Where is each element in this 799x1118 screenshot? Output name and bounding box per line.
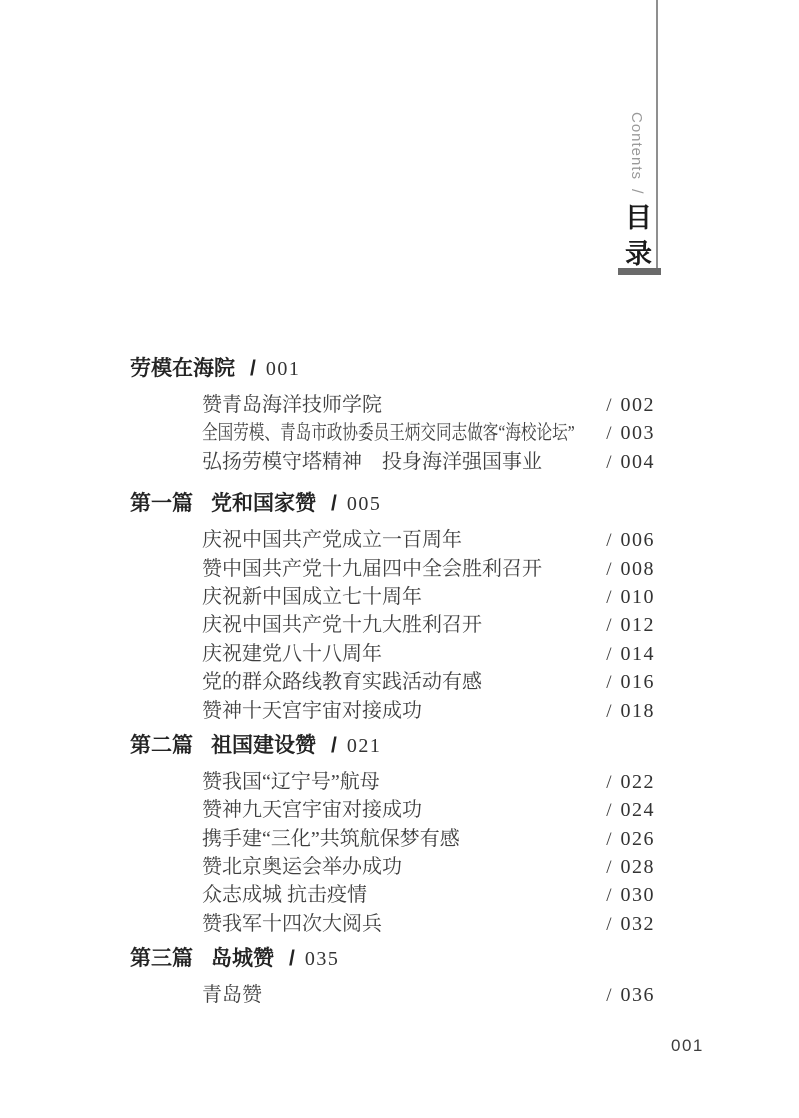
section-page: 035 [305, 946, 340, 972]
contents-separator: / [628, 189, 645, 193]
entry-title: 赞青岛海洋技师学院 [202, 391, 382, 419]
toc-entry: 赞青岛海洋技师学院 /002 [130, 391, 655, 419]
section-page: 021 [347, 733, 382, 759]
vertical-rule [656, 0, 658, 269]
toc-section: 第二篇 祖国建设赞 / 021 赞我国“辽宁号”航母 /022 赞神九天宫宇宙对… [130, 733, 655, 938]
entry-page: /036 [606, 981, 655, 1010]
toc-entry-list: 青岛赞 /036 [130, 981, 655, 1009]
entry-title: 赞中国共产党十九届四中全会胜利召开 [202, 555, 542, 583]
page-number: 001 [671, 1036, 704, 1056]
section-separator: / [250, 356, 256, 382]
section-separator: / [331, 491, 337, 517]
toc-entry: 赞神十天宫宇宙对接成功 /018 [130, 697, 655, 725]
toc-entry: 党的群众路线教育实践活动有感 /016 [130, 668, 655, 696]
entry-separator: / [606, 857, 611, 878]
toc-section-heading: 第三篇 岛城赞 / 035 [130, 946, 655, 972]
toc-entry: 庆祝建党八十八周年 /014 [130, 640, 655, 668]
toc-section: 第一篇 党和国家赞 / 005 庆祝中国共产党成立一百周年 /006 赞中国共产… [130, 491, 655, 725]
entry-page-number: 002 [621, 394, 656, 416]
entry-page: /008 [606, 555, 655, 584]
toc-entry: 青岛赞 /036 [130, 981, 655, 1009]
entry-page: /022 [606, 768, 655, 797]
entry-separator: / [606, 914, 611, 935]
entry-title: 庆祝中国共产党成立一百周年 [202, 526, 462, 554]
toc-entry: 赞中国共产党十九届四中全会胜利召开 /008 [130, 555, 655, 583]
entry-page-number: 004 [621, 451, 656, 473]
toc-entry: 赞神九天宫宇宙对接成功 /024 [130, 796, 655, 824]
toc-page: Contents / 目录 劳模在海院 / 001 赞青岛海洋技师学院 /002… [0, 0, 799, 1118]
entry-title: 赞神九天宫宇宙对接成功 [202, 796, 422, 824]
section-page: 001 [266, 356, 301, 382]
section-prefix: 第三篇 [130, 946, 193, 972]
toc-section-heading: 劳模在海院 / 001 [130, 356, 655, 382]
entry-page: /006 [606, 526, 655, 555]
entry-title: 庆祝新中国成立七十周年 [202, 583, 422, 611]
entry-title: 赞北京奥运会举办成功 [202, 853, 402, 881]
entry-separator: / [606, 772, 611, 793]
toc-entry: 赞我军十四次大阅兵 /032 [130, 910, 655, 938]
entry-page-number: 018 [621, 700, 656, 722]
toc-entry: 携手建“三化”共筑航保梦有感 /026 [130, 825, 655, 853]
toc-entry-list: 赞青岛海洋技师学院 /002 全国劳模、青岛市政协委员王炳交同志做客“海校论坛”… [130, 391, 655, 476]
entry-title: 携手建“三化”共筑航保梦有感 [202, 825, 460, 853]
section-separator: / [289, 946, 295, 972]
entry-title: 众志成城 抗击疫情 [202, 881, 367, 909]
section-prefix: 第二篇 [130, 733, 193, 759]
entry-title: 党的群众路线教育实践活动有感 [202, 668, 482, 696]
entry-separator: / [606, 587, 611, 608]
entry-page: /004 [606, 448, 655, 477]
entry-separator: / [606, 829, 611, 850]
contents-label-zh: 目录 [621, 203, 651, 275]
section-title: 祖国建设赞 [211, 733, 316, 759]
entry-page: /028 [606, 853, 655, 882]
entry-page: /032 [606, 910, 655, 939]
toc-entry: 庆祝中国共产党十九大胜利召开 /012 [130, 611, 655, 639]
entry-page: /010 [606, 583, 655, 612]
entry-separator: / [606, 452, 611, 473]
entry-page: /018 [606, 697, 655, 726]
toc-section-heading: 第二篇 祖国建设赞 / 021 [130, 733, 655, 759]
entry-page: /030 [606, 881, 655, 910]
entry-page-number: 014 [621, 643, 656, 665]
entry-page-number: 022 [621, 771, 656, 793]
entry-page: /026 [606, 825, 655, 854]
entry-page-number: 010 [621, 586, 656, 608]
entry-page: /014 [606, 640, 655, 669]
entry-separator: / [606, 615, 611, 636]
entry-separator: / [606, 423, 611, 444]
entry-page: /002 [606, 391, 655, 420]
entry-page-number: 008 [621, 558, 656, 580]
entry-page-number: 024 [621, 799, 656, 821]
entry-separator: / [606, 701, 611, 722]
toc-entry: 庆祝新中国成立七十周年 /010 [130, 583, 655, 611]
toc-entry: 弘扬劳模守塔精神 投身海洋强国事业 /004 [130, 448, 655, 476]
entry-page-number: 012 [621, 614, 656, 636]
entry-separator: / [606, 395, 611, 416]
entry-title: 赞我国“辽宁号”航母 [202, 768, 380, 796]
toc-entry-list: 庆祝中国共产党成立一百周年 /006 赞中国共产党十九届四中全会胜利召开 /00… [130, 526, 655, 725]
header-underline-bar [618, 268, 661, 275]
contents-label-en: Contents [628, 112, 645, 180]
entry-title: 弘扬劳模守塔精神 投身海洋强国事业 [202, 448, 542, 476]
entry-title: 庆祝中国共产党十九大胜利召开 [202, 611, 482, 639]
toc-section: 劳模在海院 / 001 赞青岛海洋技师学院 /002 全国劳模、青岛市政协委员王… [130, 356, 655, 476]
entry-title: 赞我军十四次大阅兵 [202, 910, 382, 938]
toc-section: 第三篇 岛城赞 / 035 青岛赞 /036 [130, 946, 655, 1009]
toc-entry: 众志成城 抗击疫情 /030 [130, 881, 655, 909]
entry-separator: / [606, 559, 611, 580]
section-title: 岛城赞 [211, 946, 274, 972]
entry-title: 庆祝建党八十八周年 [202, 640, 382, 668]
section-page: 005 [347, 491, 382, 517]
entry-separator: / [606, 885, 611, 906]
contents-vertical-title: Contents / 目录 [616, 112, 656, 282]
table-of-contents: 劳模在海院 / 001 赞青岛海洋技师学院 /002 全国劳模、青岛市政协委员王… [130, 356, 655, 1010]
entry-page: /012 [606, 611, 655, 640]
entry-separator: / [606, 985, 611, 1006]
section-title: 劳模在海院 [130, 356, 235, 382]
entry-separator: / [606, 644, 611, 665]
entry-page-number: 026 [621, 828, 656, 850]
entry-page-number: 003 [621, 422, 656, 444]
entry-page-number: 032 [621, 913, 656, 935]
entry-title: 青岛赞 [202, 981, 262, 1009]
entry-page-number: 006 [621, 529, 656, 551]
toc-section-heading: 第一篇 党和国家赞 / 005 [130, 491, 655, 517]
entry-page-number: 036 [621, 984, 656, 1006]
toc-entry: 庆祝中国共产党成立一百周年 /006 [130, 526, 655, 554]
toc-entry-list: 赞我国“辽宁号”航母 /022 赞神九天宫宇宙对接成功 /024 携手建“三化”… [130, 768, 655, 938]
entry-page: /016 [606, 668, 655, 697]
entry-separator: / [606, 800, 611, 821]
toc-entry: 全国劳模、青岛市政协委员王炳交同志做客“海校论坛” /003 [130, 419, 655, 447]
entry-title: 全国劳模、青岛市政协委员王炳交同志做客“海校论坛” [202, 419, 501, 447]
entry-page-number: 016 [621, 671, 656, 693]
section-title: 党和国家赞 [211, 491, 316, 517]
section-prefix: 第一篇 [130, 491, 193, 517]
section-separator: / [331, 733, 337, 759]
toc-entry: 赞北京奥运会举办成功 /028 [130, 853, 655, 881]
entry-separator: / [606, 530, 611, 551]
entry-separator: / [606, 672, 611, 693]
entry-page-number: 030 [621, 884, 656, 906]
entry-page-number: 028 [621, 856, 656, 878]
toc-entry: 赞我国“辽宁号”航母 /022 [130, 768, 655, 796]
entry-page: /024 [606, 796, 655, 825]
entry-page: /003 [606, 419, 655, 448]
entry-title: 赞神十天宫宇宙对接成功 [202, 697, 422, 725]
